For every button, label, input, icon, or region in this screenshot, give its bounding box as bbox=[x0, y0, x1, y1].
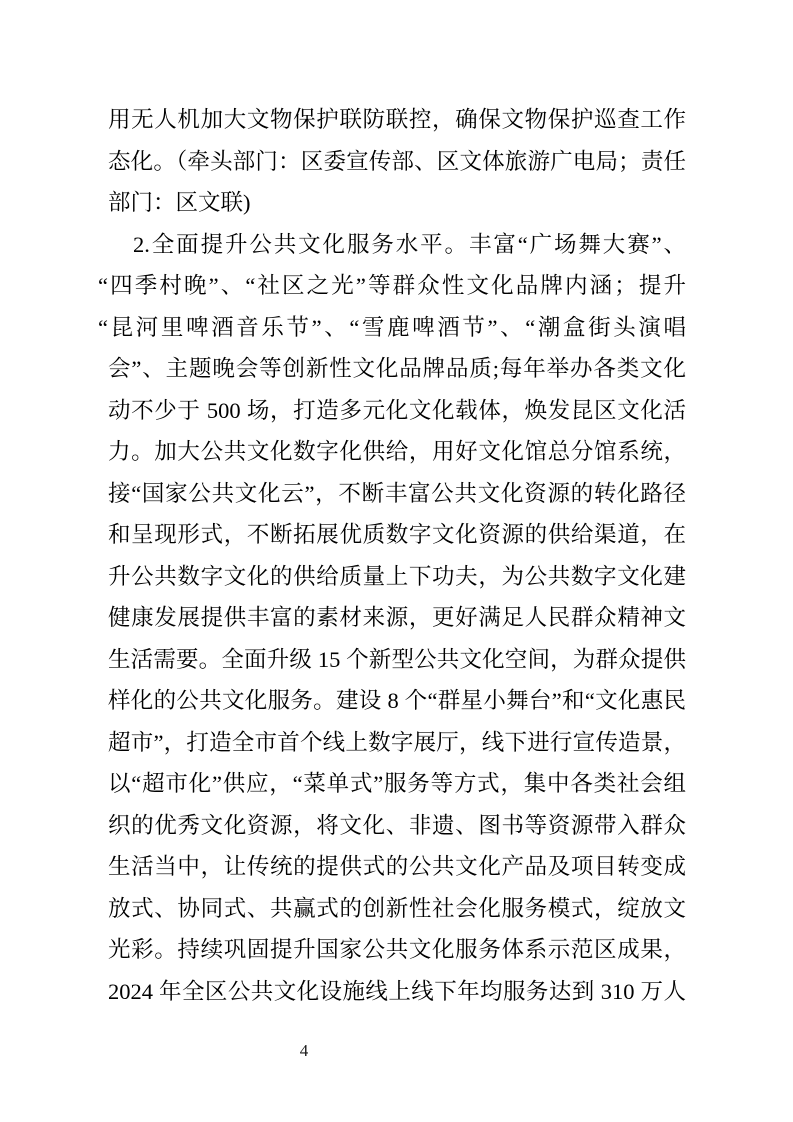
text-line: 力。加大公共文化数字化供给，用好文化馆总分馆系统，链 bbox=[108, 431, 686, 473]
text-line: 放式、协同式、共赢式的创新性社会化服务模式，绽放文化新 bbox=[108, 888, 686, 930]
document-page: 用无人机加大文物保护联防联控，确保文物保护巡查工作常态化。（牵头部门：区委宣传部… bbox=[0, 0, 793, 1122]
text-line: 态化。（牵头部门：区委宣传部、区文体旅游广电局；责任 bbox=[108, 141, 686, 183]
text-line: 超市”，打造全市首个线上数字展厅，线下进行宣传造景， bbox=[108, 722, 686, 764]
text-line: 光彩。持续巩固提升国家公共文化服务体系示范区成果，到 bbox=[108, 929, 686, 971]
text-line: 健康发展提供丰富的素材来源，更好满足人民群众精神文化 bbox=[108, 597, 686, 639]
text-line: 用无人机加大文物保护联防联控，确保文物保护巡查工作常 bbox=[108, 99, 686, 141]
text-line: 接“国家公共文化云”，不断丰富公共文化资源的转化路径 bbox=[108, 473, 686, 515]
text-line: 生活当中，让传统的提供式的公共文化产品及项目转变成为开 bbox=[108, 846, 686, 888]
text-line: 动不少于 500 场，打造多元化文化载体，焕发昆区文化活 bbox=[108, 390, 686, 432]
text-line: 样化的公共文化服务。建设 8 个“群星小舞台”和“文化惠民 bbox=[108, 680, 686, 722]
page-number: 4 bbox=[288, 1040, 320, 1062]
text-line: 部门：区文联) bbox=[108, 182, 686, 224]
text-line: 会”、主题晚会等创新性文化品牌品质;每年举办各类文化活 bbox=[108, 348, 686, 390]
text-line: “昆河里啤酒音乐节”、“雪鹿啤酒节”、“潮盒街头演唱 bbox=[98, 307, 686, 349]
text-line: 2.全面提升公共文化服务水平。丰富“广场舞大赛”、 bbox=[108, 224, 686, 266]
body-text: 用无人机加大文物保护联防联控，确保文物保护巡查工作常态化。（牵头部门：区委宣传部… bbox=[108, 99, 686, 1012]
text-line: 2024 年全区公共文化设施线上线下年均服务达到 310 万人次 bbox=[108, 971, 686, 1013]
text-line: 升公共数字文化的供给质量上下功夫，为公共数字文化建设 bbox=[108, 556, 686, 598]
text-line: “四季村晚”、“社区之光”等群众性文化品牌内涵；提升 bbox=[98, 265, 686, 307]
text-line: 以“超市化”供应，“菜单式”服务等方式，集中各类社会组 bbox=[108, 763, 686, 805]
text-line: 和呈现形式，不断拓展优质数字文化资源的供给渠道，在提 bbox=[108, 514, 686, 556]
text-line: 织的优秀文化资源，将文化、非遗、图书等资源带入群众日常 bbox=[108, 805, 686, 847]
text-line: 生活需要。全面升级 15 个新型公共文化空间，为群众提供多 bbox=[108, 639, 686, 681]
